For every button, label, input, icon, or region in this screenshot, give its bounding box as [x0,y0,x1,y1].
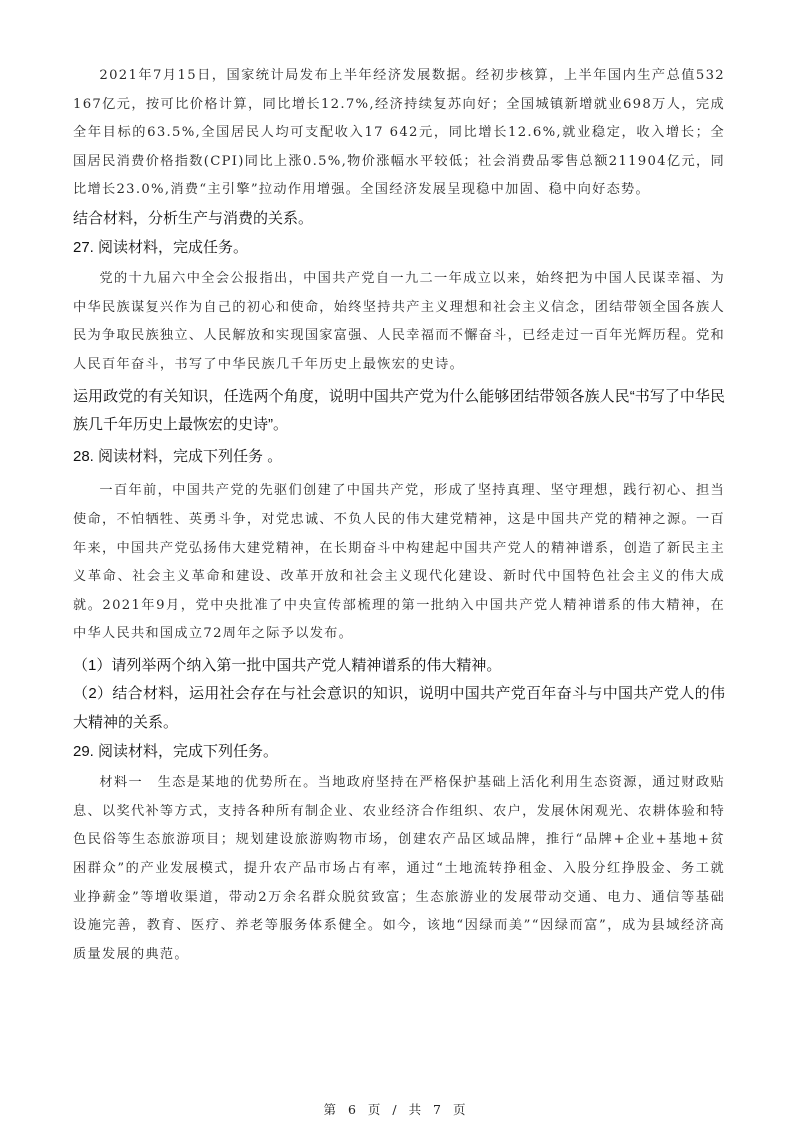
q27-material: 党的十九届六中全会公报指出，中国共产党自一九二一年成立以来，始终把为中国人民谋幸… [73,265,725,379]
q26-material: 2021年7月15日，国家统计局发布上半年经济发展数据。经初步核算，上半年国内生… [73,62,725,205]
q28-subquestion-1: （1）请列举两个纳入第一批中国共产党人精神谱系的伟大精神。 [73,652,725,681]
q29-material-1: 材料一 生态是某地的优势所在。当地政府坚持在严格保护基础上活化利用生态资源，通过… [73,769,725,969]
page-number-footer: 第 6 页 / 共 7 页 [0,1100,793,1118]
q28-material: 一百年前，中国共产党的先驱们创建了中国共产党，形成了坚持真理、坚守理想，践行初心… [73,477,725,649]
q29-heading: 29. 阅读材料，完成下列任务。 [73,738,725,767]
q28-heading: 28. 阅读材料，完成下列任务 。 [73,443,725,472]
document-page: 2021年7月15日，国家统计局发布上半年经济发展数据。经初步核算，上半年国内生… [73,62,725,969]
q27-heading: 27. 阅读材料，完成任务。 [73,234,725,263]
q28-subquestion-2: （2）结合材料，运用社会存在与社会意识的知识，说明中国共产党百年奋斗与中国共产党… [73,680,725,737]
q27-question: 运用政党的有关知识，任选两个角度，说明中国共产党为什么能够团结带领各族人民“书写… [73,383,725,440]
q26-question: 结合材料，分析生产与消费的关系。 [73,205,725,234]
